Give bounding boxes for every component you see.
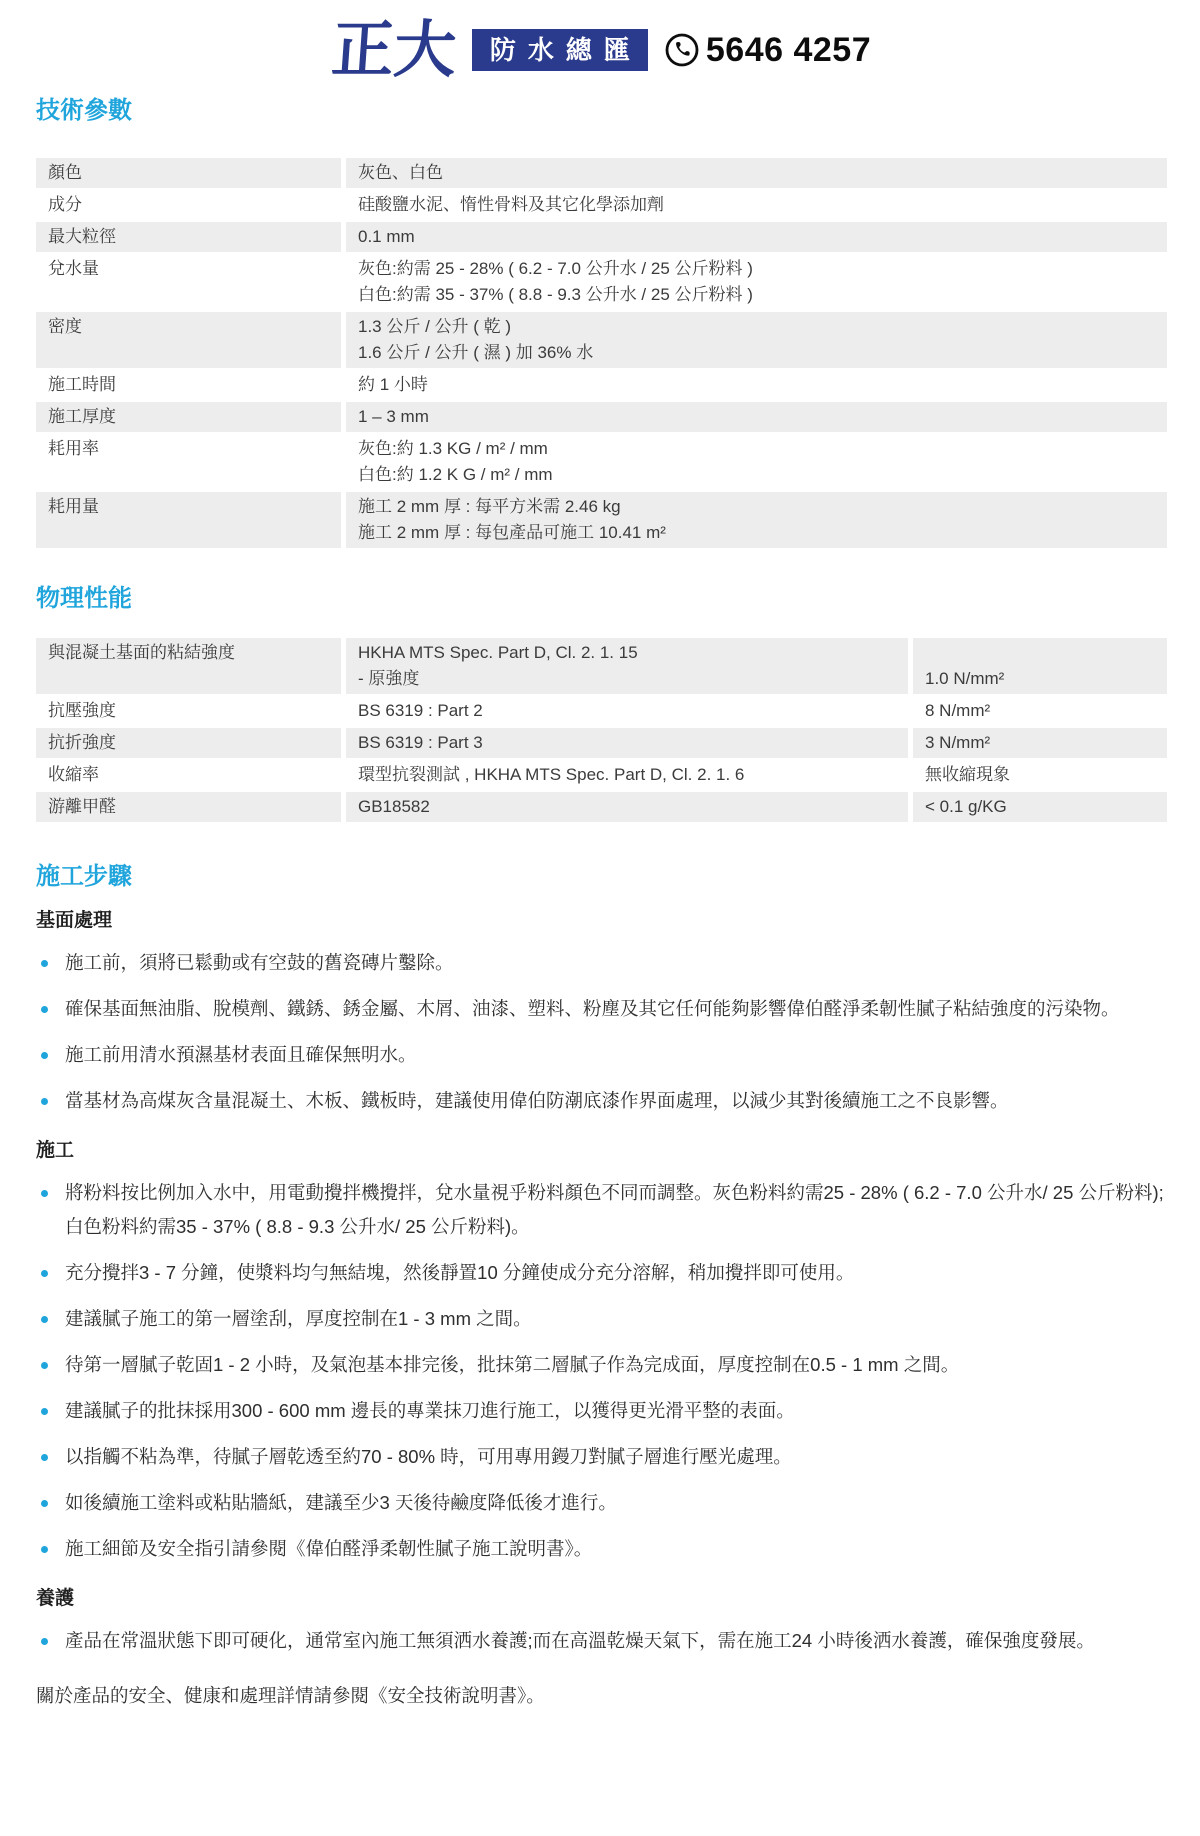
table-row: 游離甲醛 GB18582 < 0.1 g/KG xyxy=(36,792,1167,822)
row-label: 密度 xyxy=(36,312,341,368)
row-value: 灰色:約 1.3 KG / m² / mm 白色:約 1.2 K G / m² … xyxy=(346,434,1167,490)
bullet-icon xyxy=(41,1006,48,1013)
phone-number: 5646 4257 xyxy=(706,31,871,70)
bullet-text: 待第一層膩子乾固1 - 2 小時，及氣泡基本排完後，批抹第二層膩子作為完成面，厚… xyxy=(65,1348,959,1382)
bullet-icon xyxy=(41,1546,48,1553)
row-label: 與混凝土基面的粘結強度 xyxy=(36,638,341,694)
physical-table: 與混凝土基面的粘結強度 HKHA MTS Spec. Part D, Cl. 2… xyxy=(36,638,1167,822)
table-row: 成分 硅酸鹽水泥、惰性骨料及其它化學添加劑 xyxy=(36,190,1167,220)
bullet-icon xyxy=(41,1638,48,1645)
bullet-text: 施工細節及安全指引請參閱《偉伯醛淨柔韌性膩子施工說明書》。 xyxy=(65,1532,592,1566)
bullet-icon xyxy=(41,960,48,967)
table-row: 施工厚度 1 – 3 mm xyxy=(36,402,1167,432)
subheading-surface-prep: 基面處理 xyxy=(36,908,1167,934)
table-row: 最大粒徑 0.1 mm xyxy=(36,222,1167,252)
brand-tagline-box: 防水總匯 xyxy=(472,29,648,71)
row-value: 硅酸鹽水泥、惰性骨料及其它化學添加劑 xyxy=(346,190,1167,220)
section-title-physical: 物理性能 xyxy=(36,584,1167,614)
row-label: 耗用率 xyxy=(36,434,341,490)
bullet-text: 建議膩子的批抹採用300 - 600 mm 邊長的專業抹刀進行施工，以獲得更光滑… xyxy=(65,1394,795,1428)
list-item: 建議膩子施工的第一層塗刮，厚度控制在1 - 3 mm 之間。 xyxy=(36,1302,1167,1336)
row-result: 3 N/mm² xyxy=(913,728,1167,758)
row-value: 施工 2 mm 厚 : 每平方米需 2.46 kg 施工 2 mm 厚 : 每包… xyxy=(346,492,1167,548)
row-label: 最大粒徑 xyxy=(36,222,341,252)
page: 正大 防水總匯 5646 4257 技術參數 顏色 灰色、白色 成分 硅酸鹽水泥… xyxy=(0,0,1200,1836)
row-label: 游離甲醛 xyxy=(36,792,341,822)
table-row: 密度 1.3 公斤 / 公升 ( 乾 ) 1.6 公斤 / 公升 ( 濕 ) 加… xyxy=(36,312,1167,368)
bullet-text: 施工前，須將已鬆動或有空鼓的舊瓷磚片鑿除。 xyxy=(65,946,454,980)
table-row: 耗用量 施工 2 mm 厚 : 每平方米需 2.46 kg 施工 2 mm 厚 … xyxy=(36,492,1167,548)
table-row: 收縮率 環型抗裂測試 , HKHA MTS Spec. Part D, Cl. … xyxy=(36,760,1167,790)
row-label: 抗壓強度 xyxy=(36,696,341,726)
list-item: 施工細節及安全指引請參閱《偉伯醛淨柔韌性膩子施工說明書》。 xyxy=(36,1532,1167,1566)
bullet-text: 施工前用清水預濕基材表面且確保無明水。 xyxy=(65,1038,417,1072)
row-method: 環型抗裂測試 , HKHA MTS Spec. Part D, Cl. 2. 1… xyxy=(346,760,908,790)
safety-note: 關於產品的安全、健康和處理詳情請參閱《安全技術說明書》。 xyxy=(36,1680,1167,1712)
row-method: BS 6319 : Part 2 xyxy=(346,696,908,726)
row-label: 抗折強度 xyxy=(36,728,341,758)
list-item: 確保基面無油脂、脫模劑、鐵銹、銹金屬、木屑、油漆、塑料、粉塵及其它任何能夠影響偉… xyxy=(36,992,1167,1026)
list-item: 充分攪拌3 - 7 分鐘，使漿料均勻無結塊，然後靜置10 分鐘使成分充分溶解，稍… xyxy=(36,1256,1167,1290)
bullet-text: 如後續施工塗料或粘貼牆紙，建議至少3 天後待鹼度降低後才進行。 xyxy=(65,1486,617,1520)
bullet-text: 將粉料按比例加入水中，用電動攪拌機攪拌，兌水量視乎粉料顏色不同而調整。灰色粉料約… xyxy=(65,1176,1167,1244)
table-row: 抗折強度 BS 6319 : Part 3 3 N/mm² xyxy=(36,728,1167,758)
list-item: 產品在常溫狀態下即可硬化，通常室內施工無須洒水養護;而在高溫乾燥天氣下，需在施工… xyxy=(36,1624,1167,1658)
list-item: 建議膩子的批抹採用300 - 600 mm 邊長的專業抹刀進行施工，以獲得更光滑… xyxy=(36,1394,1167,1428)
bullet-icon xyxy=(41,1052,48,1059)
bullet-text: 建議膩子施工的第一層塗刮，厚度控制在1 - 3 mm 之間。 xyxy=(65,1302,532,1336)
list-item: 施工前用清水預濕基材表面且確保無明水。 xyxy=(36,1038,1167,1072)
bullet-icon xyxy=(41,1454,48,1461)
list-item: 當基材為高煤灰含量混凝土、木板、鐵板時，建議使用偉伯防潮底漆作界面處理，以減少其… xyxy=(36,1084,1167,1118)
bullet-icon xyxy=(41,1270,48,1277)
table-row: 與混凝土基面的粘結強度 HKHA MTS Spec. Part D, Cl. 2… xyxy=(36,638,1167,694)
brand-header: 正大 防水總匯 5646 4257 xyxy=(36,0,1167,90)
phone-contact: 5646 4257 xyxy=(664,31,871,70)
whatsapp-phone-icon xyxy=(664,32,700,68)
row-result: 1.0 N/mm² xyxy=(913,638,1167,694)
bullet-icon xyxy=(41,1098,48,1105)
table-row: 施工時間 約 1 小時 xyxy=(36,370,1167,400)
section-title-steps: 施工步驟 xyxy=(36,862,1167,892)
row-label: 施工厚度 xyxy=(36,402,341,432)
row-label: 收縮率 xyxy=(36,760,341,790)
list-item: 以指觸不粘為準，待膩子層乾透至約70 - 80% 時，可用專用鏝刀對膩子層進行壓… xyxy=(36,1440,1167,1474)
row-value: 1 – 3 mm xyxy=(346,402,1167,432)
row-label: 兌水量 xyxy=(36,254,341,310)
bullet-icon xyxy=(41,1500,48,1507)
subheading-curing: 養護 xyxy=(36,1586,1167,1612)
row-method: BS 6319 : Part 3 xyxy=(346,728,908,758)
row-label: 顏色 xyxy=(36,158,341,188)
list-item: 施工前，須將已鬆動或有空鼓的舊瓷磚片鑿除。 xyxy=(36,946,1167,980)
bullet-text: 充分攪拌3 - 7 分鐘，使漿料均勻無結塊，然後靜置10 分鐘使成分充分溶解，稍… xyxy=(65,1256,854,1290)
bullet-text: 產品在常溫狀態下即可硬化，通常室內施工無須洒水養護;而在高溫乾燥天氣下，需在施工… xyxy=(65,1624,1095,1658)
bullet-icon xyxy=(41,1408,48,1415)
table-row: 兌水量 灰色:約需 25 - 28% ( 6.2 - 7.0 公升水 / 25 … xyxy=(36,254,1167,310)
row-method: GB18582 xyxy=(346,792,908,822)
subheading-application: 施工 xyxy=(36,1138,1167,1164)
bullet-text: 當基材為高煤灰含量混凝土、木板、鐵板時，建議使用偉伯防潮底漆作界面處理，以減少其… xyxy=(65,1084,1009,1118)
bullet-icon xyxy=(41,1190,48,1197)
tech-params-table: 顏色 灰色、白色 成分 硅酸鹽水泥、惰性骨料及其它化學添加劑 最大粒徑 0.1 … xyxy=(36,158,1167,548)
bullet-text: 確保基面無油脂、脫模劑、鐵銹、銹金屬、木屑、油漆、塑料、粉塵及其它任何能夠影響偉… xyxy=(65,992,1120,1026)
bullet-text: 以指觸不粘為準，待膩子層乾透至約70 - 80% 時，可用專用鏝刀對膩子層進行壓… xyxy=(65,1440,792,1474)
section-title-tech-params: 技術參數 xyxy=(36,96,1167,126)
brand-logo: 正大 xyxy=(330,19,458,81)
row-label: 耗用量 xyxy=(36,492,341,548)
row-result: < 0.1 g/KG xyxy=(913,792,1167,822)
row-value: 0.1 mm xyxy=(346,222,1167,252)
row-value: 約 1 小時 xyxy=(346,370,1167,400)
bullet-icon xyxy=(41,1316,48,1323)
table-row: 顏色 灰色、白色 xyxy=(36,158,1167,188)
list-item: 將粉料按比例加入水中，用電動攪拌機攪拌，兌水量視乎粉料顏色不同而調整。灰色粉料約… xyxy=(36,1176,1167,1244)
list-item: 如後續施工塗料或粘貼牆紙，建議至少3 天後待鹼度降低後才進行。 xyxy=(36,1486,1167,1520)
row-label: 施工時間 xyxy=(36,370,341,400)
row-value: 灰色、白色 xyxy=(346,158,1167,188)
row-label: 成分 xyxy=(36,190,341,220)
bullet-icon xyxy=(41,1362,48,1369)
table-row: 耗用率 灰色:約 1.3 KG / m² / mm 白色:約 1.2 K G /… xyxy=(36,434,1167,490)
row-value: 1.3 公斤 / 公升 ( 乾 ) 1.6 公斤 / 公升 ( 濕 ) 加 36… xyxy=(346,312,1167,368)
table-row: 抗壓強度 BS 6319 : Part 2 8 N/mm² xyxy=(36,696,1167,726)
row-method: HKHA MTS Spec. Part D, Cl. 2. 1. 15 - 原強… xyxy=(346,638,908,694)
list-item: 待第一層膩子乾固1 - 2 小時，及氣泡基本排完後，批抹第二層膩子作為完成面，厚… xyxy=(36,1348,1167,1382)
row-value: 灰色:約需 25 - 28% ( 6.2 - 7.0 公升水 / 25 公斤粉料… xyxy=(346,254,1167,310)
row-result: 8 N/mm² xyxy=(913,696,1167,726)
row-result: 無收縮現象 xyxy=(913,760,1167,790)
